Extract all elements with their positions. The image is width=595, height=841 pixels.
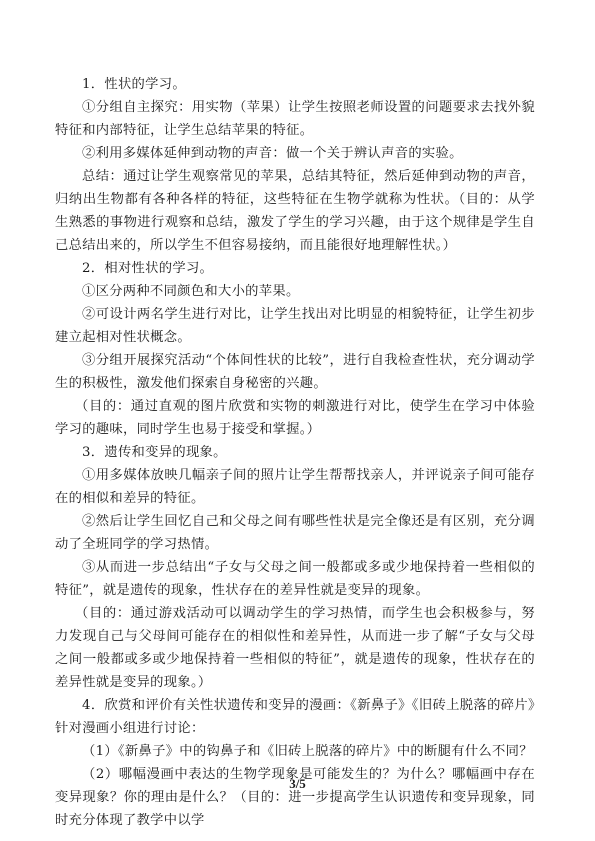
section-heading-relative-traits: 2．相对性状的学习。	[55, 257, 535, 280]
section-heading-traits: 1．性状的学习。	[55, 73, 535, 96]
paragraph-summary: 总结：通过让学生观察常见的苹果，总结其特征，然后延伸到动物的声音，归纳出生物都有…	[55, 165, 535, 257]
paragraph: ③分组开展探究活动“个体间性状的比较”，进行自我检查性状，充分调动学生的积极性，…	[55, 349, 535, 395]
paragraph: ②可设计两名学生进行对比，让学生找出对比明显的相貌特征，让学生初步建立起相对性状…	[55, 303, 535, 349]
paragraph: ①用多媒体放映几幅亲子间的照片让学生帮帮找亲人，并评说亲子间可能存在的相似和差异…	[55, 464, 535, 510]
section-heading-heredity-variation: 3．遗传和变异的现象。	[55, 441, 535, 464]
paragraph: ②然后让学生回忆自己和父母之间有哪些性状是完全像还是有区别，充分调动了全班同学的…	[55, 510, 535, 556]
paragraph-purpose: （目的：通过游戏活动可以调动学生的学习热情，而学生也会积极参与，努力发现自己与父…	[55, 602, 535, 694]
question-2: （2）哪幅漫画中表达的生物学现象是可能发生的？为什么？哪幅画中存在变异现象？你的…	[55, 763, 535, 832]
paragraph: ②利用多媒体延伸到动物的声音：做一个关于辨认声音的实验。	[55, 142, 535, 165]
document-body: 1．性状的学习。 ①分组自主探究：用实物（苹果）让学生按照老师设置的问题要求去找…	[55, 73, 535, 832]
paragraph: ①区分两种不同颜色和大小的苹果。	[55, 280, 535, 303]
section-heading-comics: 4．欣赏和评价有关性状遗传和变异的漫画：《新鼻子》《旧砖上脱落的碎片》针对漫画小…	[55, 694, 535, 740]
page-number: 3/5	[0, 776, 595, 792]
paragraph: ③从而进一步总结出“子女与父母之间一般都或多或少地保持着一些相似的特征”，就是遗…	[55, 556, 535, 602]
paragraph: ①分组自主探究：用实物（苹果）让学生按照老师设置的问题要求去找外貌特征和内部特征…	[55, 96, 535, 142]
paragraph-purpose: （目的：通过直观的图片欣赏和实物的刺激进行对比，使学生在学习中体验学习的趣味，同…	[55, 395, 535, 441]
question-1: （1）《新鼻子》中的钩鼻子和《旧砖上脱落的碎片》中的断腿有什么不同？	[55, 740, 535, 763]
